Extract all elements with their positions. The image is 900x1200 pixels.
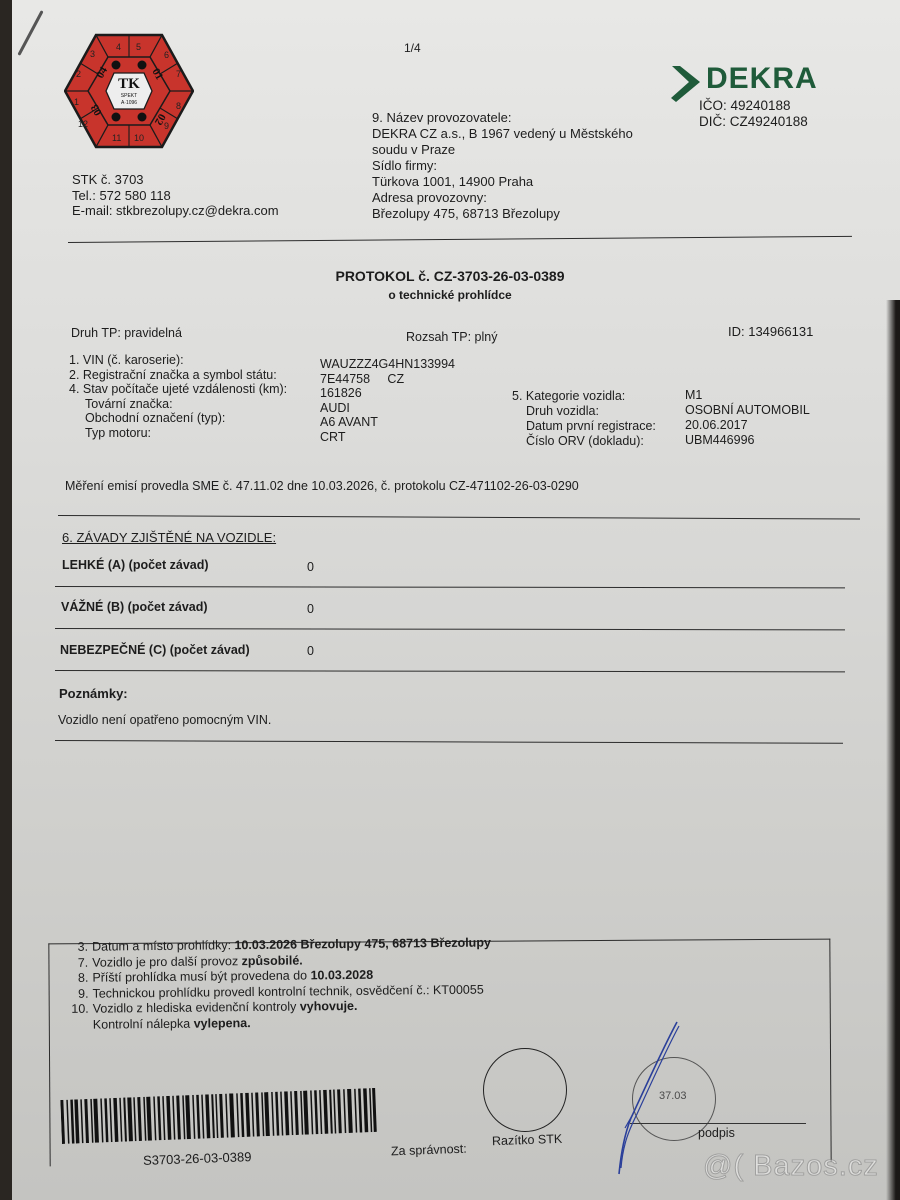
svg-text:7: 7 bbox=[176, 69, 181, 79]
row-text: Kontrolní nálepka bbox=[93, 1016, 194, 1033]
row-number: 7. bbox=[62, 955, 92, 971]
svg-text:SPEKT: SPEKT bbox=[121, 93, 137, 99]
odometer-value: 161826 bbox=[320, 386, 455, 401]
defect-light-label: LEHKÉ (A) (počet závad) bbox=[62, 558, 209, 572]
orv-number-label: Číslo ORV (dokladu): bbox=[512, 434, 656, 449]
row-text: Vozidlo je pro další provoz bbox=[92, 954, 242, 971]
facility-label: Adresa provozovny: bbox=[372, 190, 633, 206]
row-number: 9. bbox=[62, 986, 92, 1002]
operator-court: soudu v Praze bbox=[372, 142, 633, 158]
stk-email: E-mail: stkbrezolupy.cz@dekra.com bbox=[72, 203, 279, 219]
category-label: 5. Kategorie vozidla: bbox=[512, 389, 656, 404]
stk-station-number: STK č. 3703 bbox=[72, 172, 279, 188]
svg-text:9: 9 bbox=[164, 121, 169, 131]
vin-value: WAUZZZ4G4HN133994 bbox=[320, 357, 455, 372]
bazos-watermark: @( Bazos.cz bbox=[703, 1150, 879, 1183]
vin-label: 1. VIN (č. karoserie): bbox=[69, 353, 287, 368]
svg-text:1: 1 bbox=[74, 97, 79, 107]
company-ids: IČO: 49240188 DIČ: CZ49240188 bbox=[699, 98, 808, 130]
row-bold: 10.03.2028 bbox=[310, 968, 373, 984]
row-bold: způsobilé. bbox=[242, 953, 303, 969]
responsibility-label: Za správnost: bbox=[391, 1142, 467, 1159]
row-number: 8. bbox=[62, 971, 92, 987]
vehicle-values: WAUZZZ4G4HN133994 7E44758 CZ 161826 AUDI… bbox=[320, 357, 455, 444]
vehicle-kind-value: OSOBNÍ AUTOMOBIL bbox=[685, 403, 810, 418]
inspection-scope: Rozsah TP: plný bbox=[406, 330, 497, 344]
row-bold: vylepena. bbox=[194, 1016, 251, 1032]
operator-label: 9. Název provozovatele: bbox=[372, 110, 633, 126]
seat-label: Sídlo firmy: bbox=[372, 158, 633, 174]
registration-label: 2. Registrační značka a symbol státu: bbox=[69, 368, 287, 383]
vehicle-kind-label: Druh vozidla: bbox=[512, 404, 656, 419]
stk-hexagon-logo-icon: TK SPEKT A·1096 04 01 02 03 4 5 6 7 8 9 … bbox=[64, 33, 194, 149]
vehicle-labels-2: 5. Kategorie vozidla: Druh vozidla: Datu… bbox=[512, 389, 656, 449]
svg-text:3: 3 bbox=[90, 49, 95, 59]
notes-text: Vozidlo není opatřeno pomocným VIN. bbox=[58, 713, 271, 727]
row-bold: vyhovuje. bbox=[300, 999, 358, 1015]
svg-text:10: 10 bbox=[134, 133, 144, 143]
engine-type-label: Typ motoru: bbox=[69, 426, 287, 441]
dekra-brand-name: DEKRA bbox=[706, 62, 818, 96]
protocol-id: ID: 134966131 bbox=[728, 324, 813, 339]
svg-text:4: 4 bbox=[116, 42, 121, 52]
stk-phone: Tel.: 572 580 118 bbox=[72, 188, 279, 204]
svg-text:8: 8 bbox=[176, 101, 181, 111]
model-label: Obchodní označení (typ): bbox=[69, 411, 287, 426]
category-value: M1 bbox=[685, 388, 810, 403]
defect-dangerous-label: NEBEZPEČNÉ (C) (počet závad) bbox=[60, 643, 250, 657]
model-value: A6 AVANT bbox=[320, 415, 455, 430]
svg-text:2: 2 bbox=[76, 69, 81, 79]
make-value: AUDI bbox=[320, 401, 455, 416]
row-text: Vozidlo z hlediska evidenční kontroly bbox=[93, 1000, 300, 1018]
row-number: 3. bbox=[62, 940, 92, 956]
vehicle-labels: 1. VIN (č. karoserie): 2. Registrační zn… bbox=[69, 353, 287, 440]
row-number: 10. bbox=[63, 1002, 93, 1018]
first-registration-label: Datum první registrace: bbox=[512, 419, 656, 434]
signature-label: podpis bbox=[698, 1126, 735, 1140]
notes-title: Poznámky: bbox=[59, 686, 128, 701]
svg-text:6: 6 bbox=[164, 50, 169, 60]
row-bold: 10.03.2026 Březolupy 475, 68713 Březolup… bbox=[234, 936, 491, 954]
dic-number: DIČ: CZ49240188 bbox=[699, 114, 808, 130]
defect-dangerous-count: 0 bbox=[307, 644, 314, 658]
operator-name: DEKRA CZ a.s., B 1967 vedený u Městského bbox=[372, 126, 633, 142]
page-edge-shadow bbox=[886, 300, 900, 1200]
svg-text:11: 11 bbox=[112, 133, 121, 143]
first-registration-value: 20.06.2017 bbox=[685, 418, 810, 433]
make-label: Tovární značka: bbox=[69, 397, 287, 412]
registration-value: 7E44758 CZ bbox=[320, 372, 455, 387]
protocol-subtitle: o technické prohlídce bbox=[0, 288, 900, 302]
defect-serious-count: 0 bbox=[307, 602, 314, 616]
orv-number-value: UBM446996 bbox=[685, 433, 810, 448]
row-text: Datum a místo prohlídky: bbox=[92, 938, 235, 955]
row-number bbox=[63, 1017, 93, 1033]
defects-title: 6. ZÁVADY ZJIŠTĚNÉ NA VOZIDLE: bbox=[62, 530, 276, 545]
svg-text:TK: TK bbox=[118, 76, 140, 92]
emission-measurement: Měření emisí provedla SME č. 47.11.02 dn… bbox=[65, 479, 579, 493]
stk-stamp-label: Razítko STK bbox=[492, 1132, 563, 1148]
page-number: 1/4 bbox=[404, 41, 421, 55]
protocol-title: PROTOKOL č. CZ-3703-26-03-0389 bbox=[0, 268, 900, 284]
stk-contact-info: STK č. 3703 Tel.: 572 580 118 E-mail: st… bbox=[72, 172, 279, 219]
facility-address: Březolupy 475, 68713 Březolupy bbox=[372, 206, 633, 222]
stk-stamp-placeholder bbox=[483, 1048, 567, 1132]
odometer-label: 4. Stav počítače ujeté vzdálenosti (km): bbox=[69, 382, 287, 397]
seat-address: Türkova 1001, 14900 Praha bbox=[372, 174, 633, 190]
vehicle-values-2: M1 OSOBNÍ AUTOMOBIL 20.06.2017 UBM446996 bbox=[685, 388, 810, 448]
ico-number: IČO: 49240188 bbox=[699, 98, 808, 114]
operator-info: 9. Název provozovatele: DEKRA CZ a.s., B… bbox=[372, 110, 633, 222]
svg-text:5: 5 bbox=[136, 42, 141, 52]
defect-serious-label: VÁŽNÉ (B) (počet závad) bbox=[61, 600, 208, 614]
signature-icon bbox=[615, 1018, 685, 1178]
engine-type-value: CRT bbox=[320, 430, 455, 445]
defect-light-count: 0 bbox=[307, 560, 314, 574]
svg-text:12: 12 bbox=[78, 119, 88, 129]
svg-text:A·1096: A·1096 bbox=[121, 100, 137, 106]
inspection-type: Druh TP: pravidelná bbox=[71, 326, 182, 340]
inspection-summary: 3. Datum a místo prohlídky: 10.03.2026 B… bbox=[62, 936, 492, 1033]
